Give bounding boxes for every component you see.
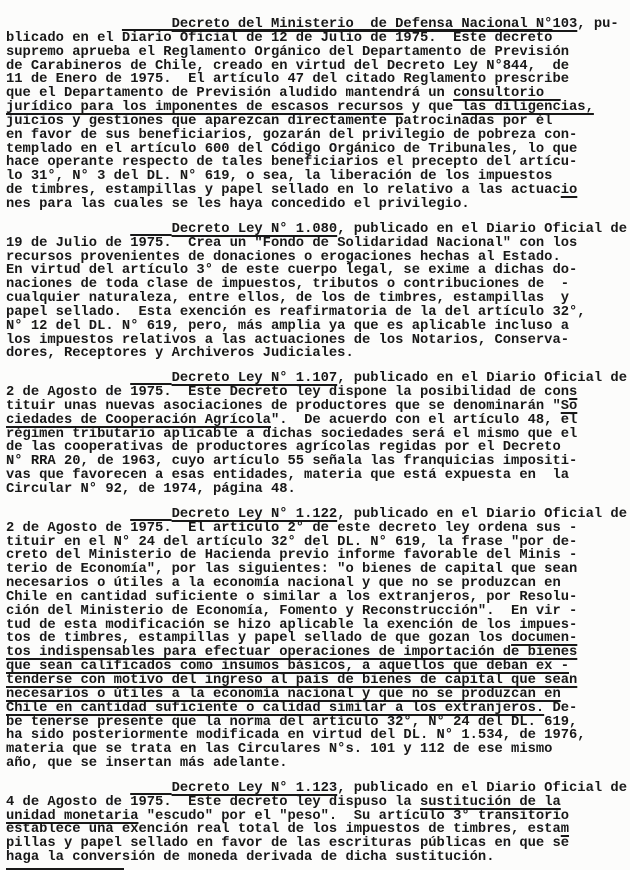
- text-line: haga la conversión de moneda derivada de…: [6, 851, 630, 865]
- text-line: año, que se insertan más adelante.: [6, 757, 630, 771]
- paragraph-3: Decreto Ley N° 1.107, publicado en el Di…: [6, 372, 630, 497]
- text-segment: 4 de Agosto de: [6, 795, 130, 810]
- text-line: que el Departamento de Previsión aludido…: [6, 87, 630, 101]
- underlined-text: consultorio: [453, 86, 561, 101]
- document-page: Decreto del Ministerio de Defensa Nacion…: [0, 0, 630, 870]
- text-line: Chile en cantidad suficiente o similar a…: [6, 591, 630, 605]
- text-segment: año, que se insertan más adelante.: [6, 756, 288, 771]
- text-segment: El artículo 2° de este decreto ley orden…: [172, 521, 578, 536]
- text-segment: , publicado en el Diario Oficial de: [337, 371, 627, 386]
- text-line: tituir unas nuevas asociaciones de produ…: [6, 400, 630, 414]
- text-line: papel sellado. Esta exención es reafirma…: [6, 306, 630, 320]
- underlined-text: las diligencias,: [461, 100, 593, 115]
- text-segment: haga la conversión de moneda derivada de…: [6, 850, 495, 865]
- overlined-text: 1975.: [130, 236, 171, 251]
- text-line: ción del Ministerio de Economía, Fomento…: [6, 605, 630, 619]
- text-segment: necesarios o útiles a la economía nacion…: [6, 576, 561, 591]
- text-segment: naciones de toda clase de impuestos, tri…: [6, 277, 569, 292]
- text-segment: que el Departamento de Previsión aludido…: [6, 86, 453, 101]
- overlined-text: 1975.: [130, 521, 171, 536]
- text-line: dores, Receptores y Archiveros Judiciale…: [6, 347, 630, 361]
- text-line: Chile en cantidad suficiente o calidad s…: [6, 702, 630, 716]
- overlined-text: 1975.: [130, 795, 171, 810]
- underlined-text: Chile en cantidad suficiente o calidad s…: [6, 701, 544, 716]
- text-line: Decreto Ley N° 1.080, publicado en el Di…: [6, 223, 630, 237]
- text-line: ciedades de Cooperación Agrícola". De ac…: [6, 414, 630, 428]
- underlined-text: ciedades de Cooperación Agrícola: [6, 413, 271, 428]
- text-segment: tituir unas nuevas asociaciones de produ…: [6, 399, 561, 414]
- underlined-text: Decreto Ley N° 1.122: [172, 507, 338, 522]
- text-line: necesarios o útiles a la economía nacion…: [6, 688, 630, 702]
- text-segment: ". De acuerdo con el artículo 48, el: [271, 413, 577, 428]
- text-line: 19 de Julio de 1975. Crea un "Fondo de S…: [6, 237, 630, 251]
- text-segment: 19 de Julio de: [6, 236, 130, 251]
- underlined-text: Decreto Ley N° 1.080: [172, 222, 338, 237]
- text-segment: [6, 222, 172, 237]
- paragraph-5: Decreto Ley N° 1.123, publicado en el Di…: [6, 782, 630, 865]
- text-line: Circular N° 92, de 1974, página 48.: [6, 483, 630, 497]
- underlined-text: jurídico para los imponentes de escasos …: [6, 100, 403, 115]
- underlined-text: So: [561, 399, 578, 414]
- text-line: 2 de Agosto de 1975. Este Decreto ley di…: [6, 386, 630, 400]
- text-segment: ción del Ministerio de Economía, Fomento…: [6, 604, 577, 619]
- text-segment: Chile en cantidad suficiente o similar a…: [6, 590, 577, 605]
- text-segment: [6, 371, 172, 386]
- text-segment: [6, 507, 172, 522]
- text-line: vas que favorecen a esas entidades, mate…: [6, 469, 630, 483]
- text-line: necesarios o útiles a la economía nacion…: [6, 577, 630, 591]
- text-segment: [6, 781, 172, 796]
- text-line: en favor de sus beneficiarios, gozarán d…: [6, 129, 630, 143]
- underlined-text: que sean calificados como insumos básico…: [6, 659, 569, 674]
- text-segment: 2 de Agosto de: [6, 385, 130, 400]
- text-line: naciones de toda clase de impuestos, tri…: [6, 278, 630, 292]
- text-segment: supremo aprueba el Reglamento Orgánico d…: [6, 45, 569, 60]
- text-line: terio de Economía", por las siguientes: …: [6, 563, 630, 577]
- text-line: N° 12 del DL. N° 619, pero, más amplia y…: [6, 320, 630, 334]
- text-line: jurídico para los imponentes de escasos …: [6, 101, 630, 115]
- text-line: que sean calificados como insumos básico…: [6, 660, 630, 674]
- text-segment: cualquier naturaleza, entre ellos, de lo…: [6, 291, 569, 306]
- text-segment: en favor de sus beneficiarios, gozarán d…: [6, 128, 577, 143]
- text-line: supremo aprueba el Reglamento Orgánico d…: [6, 46, 630, 60]
- underlined-text: s: [569, 385, 577, 400]
- text-segment: vas que favorecen a esas entidades, mate…: [6, 468, 569, 483]
- underlined-text: tenderse con motivo del ingreso al país …: [6, 673, 577, 688]
- text-segment: Circular N° 92, de 1974, página 48.: [6, 482, 296, 497]
- text-segment: terio de Economía", por las siguientes: …: [6, 562, 577, 577]
- text-line: blicado en el Diario Oficial de 12 de Ju…: [6, 32, 630, 46]
- text-line: tenderse con motivo del ingreso al país …: [6, 674, 630, 688]
- underlined-text: Decreto Ley N° 1.123: [172, 781, 338, 796]
- text-segment: 2 de Agosto de: [6, 521, 130, 536]
- text-line: Decreto Ley N° 1.123, publicado en el Di…: [6, 782, 630, 796]
- text-line: 2 de Agosto de 1975. El artículo 2° de e…: [6, 522, 630, 536]
- text-line: cualquier naturaleza, entre ellos, de lo…: [6, 292, 630, 306]
- text-line: nes para las cuales se les haya concedid…: [6, 198, 630, 212]
- underlined-text: necesarios o útiles a la economía nacion…: [6, 687, 561, 702]
- text-line: materia que se trata en las Circulares N…: [6, 743, 630, 757]
- text-segment: blicado en el: [6, 31, 122, 46]
- text-line: 4 de Agosto de 1975. Este decreto ley di…: [6, 796, 630, 810]
- text-segment: juicios y gestiones que aparezcan direct…: [6, 114, 552, 129]
- text-line: juicios y gestiones que aparezcan direct…: [6, 115, 630, 129]
- text-segment: y que: [403, 100, 461, 115]
- underlined-text: Decreto Ley N° 1.107: [172, 371, 338, 386]
- text-segment: papel sellado. Esta exención es reafirma…: [6, 305, 586, 320]
- text-segment: , publicado en el Diario Oficial de: [337, 507, 627, 522]
- text-segment: pillas y papel sellado en favor de las e…: [6, 836, 569, 851]
- text-line: de timbres, estampillas y papel sellado …: [6, 184, 630, 198]
- paragraph-1: Decreto del Ministerio de Defensa Nacion…: [6, 18, 630, 212]
- text-segment: , pu-: [577, 17, 618, 32]
- text-segment: Este decreto ley dispuso la: [172, 795, 420, 810]
- text-segment: Este Decreto ley dispone la posibilidad …: [172, 385, 569, 400]
- paragraph-4: Decreto Ley N° 1.122, publicado en el Di…: [6, 508, 630, 771]
- overlined-text: 1975.: [130, 385, 171, 400]
- underlined-text: io: [561, 183, 578, 198]
- paragraph-2: Decreto Ley N° 1.080, publicado en el Di…: [6, 223, 630, 361]
- text-segment: N° 12 del DL. N° 619, pero, más amplia y…: [6, 319, 569, 334]
- text-segment: Crea un "Fondo de Solidaridad Nacional" …: [172, 236, 578, 251]
- text-segment: , publicado en el Diario Oficial de: [337, 781, 627, 796]
- text-segment: , publicado en el Diario Oficial de: [337, 222, 627, 237]
- text-line: Decreto del Ministerio de Defensa Nacion…: [6, 18, 630, 32]
- text-segment: nes para las cuales se les haya concedid…: [6, 197, 470, 212]
- text-segment: de timbres, estampillas y papel sellado …: [6, 183, 561, 198]
- text-segment: [6, 17, 172, 32]
- overlined-text: Diario Oficial de 12 de Julio de 1975. E…: [122, 31, 553, 46]
- underlined-text: sustitución de la: [420, 795, 561, 810]
- text-segment: dores, Receptores y Archiveros Judiciale…: [6, 346, 354, 361]
- text-segment: De-: [544, 701, 577, 716]
- text-segment: materia que se trata en las Circulares N…: [6, 742, 552, 757]
- text-line: Decreto Ley N° 1.122, publicado en el Di…: [6, 508, 630, 522]
- underlined-text: Decreto del Ministerio de Defensa Nacion…: [172, 17, 578, 32]
